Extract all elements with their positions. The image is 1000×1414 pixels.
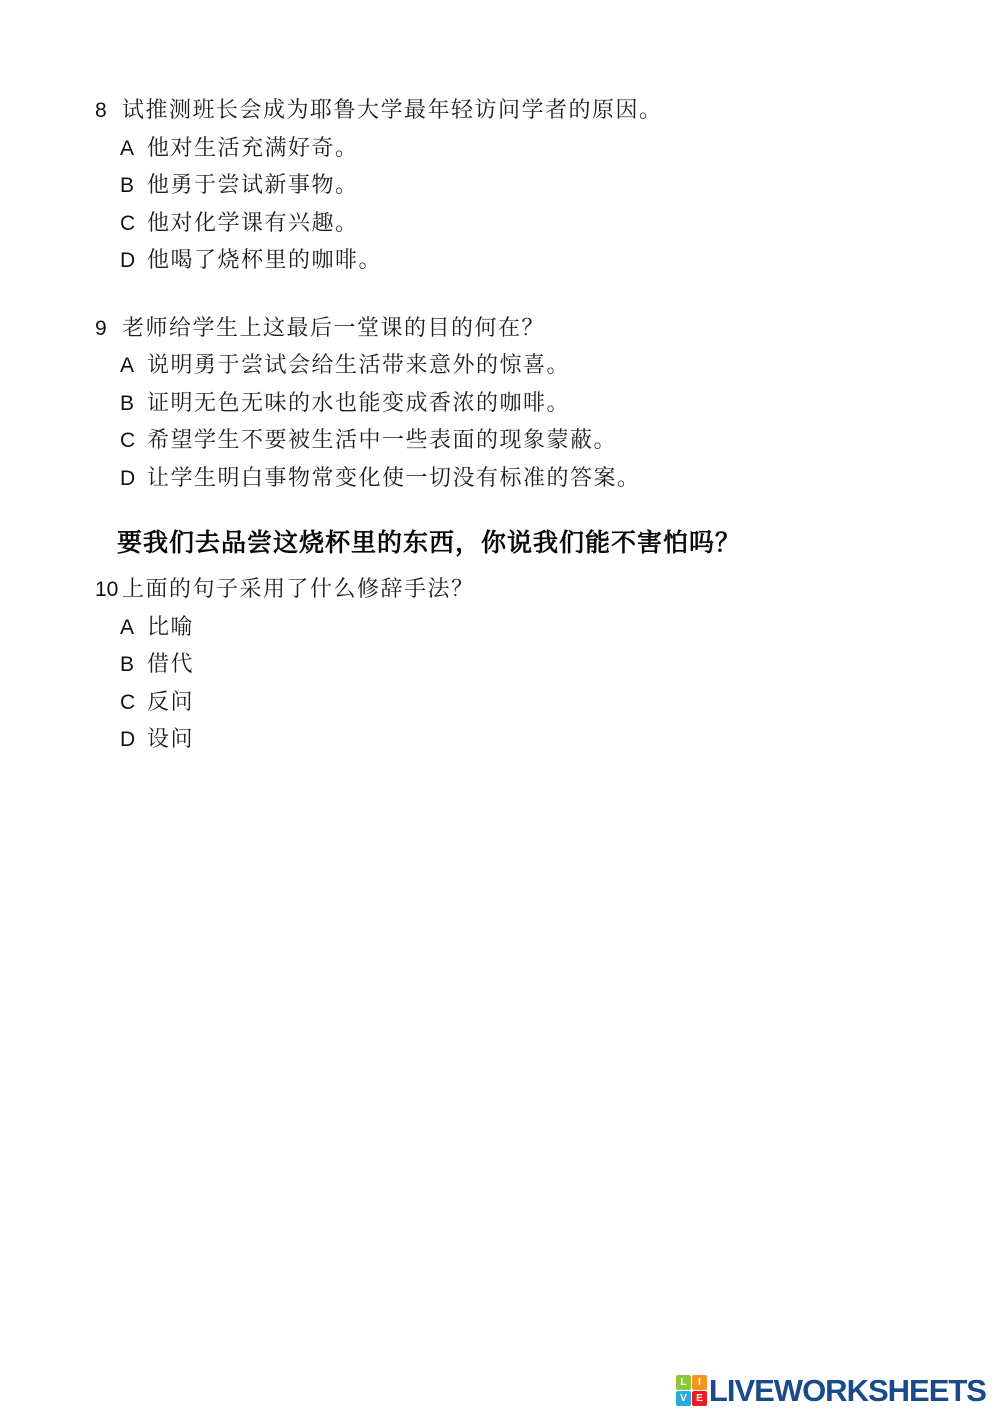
worksheet-page: 8 试推测班长会成为耶鲁大学最年轻访问学者的原因。 A 他对生活充满好奇。 B … [0, 0, 1000, 1414]
option-text: 他勇于尝试新事物。 [147, 167, 359, 204]
option-text: 设问 [147, 721, 194, 758]
option-letter: B [120, 168, 147, 205]
question-number: 8 [95, 93, 122, 130]
question-10-option-a[interactable]: A 比喻 [95, 609, 960, 647]
question-8-option-a[interactable]: A 他对生活充满好奇。 [95, 130, 960, 168]
option-text: 借代 [147, 646, 194, 683]
question-number: 10 [95, 572, 122, 609]
option-text: 希望学生不要被生活中一些表面的现象蒙蔽。 [147, 422, 617, 459]
option-letter: B [120, 386, 147, 423]
liveworksheets-logo[interactable]: L I V E LIVEWORKSHEETS [676, 1375, 986, 1406]
option-text: 证明无色无味的水也能变成香浓的咖啡。 [147, 385, 570, 422]
question-10-option-d[interactable]: D 设问 [95, 721, 960, 759]
option-letter: C [120, 685, 147, 722]
option-letter: D [120, 461, 147, 498]
question-8-stem: 8 试推测班长会成为耶鲁大学最年轻访问学者的原因。 [95, 92, 960, 130]
brand-wordmark: LIVEWORKSHEETS [709, 1375, 986, 1406]
question-number: 9 [95, 311, 122, 348]
option-letter: A [120, 131, 147, 168]
question-9-option-d[interactable]: D 让学生明白事物常变化使一切没有标准的答案。 [95, 460, 960, 498]
question-8-option-c[interactable]: C 他对化学课有兴趣。 [95, 205, 960, 243]
logo-cell-i: I [692, 1375, 707, 1390]
option-letter: B [120, 647, 147, 684]
question-8-option-d[interactable]: D 他喝了烧杯里的咖啡。 [95, 242, 960, 280]
option-text: 比喻 [147, 609, 194, 646]
option-text: 他对化学课有兴趣。 [147, 205, 359, 242]
question-section: 8 试推测班长会成为耶鲁大学最年轻访问学者的原因。 A 他对生活充满好奇。 B … [95, 92, 960, 759]
quoted-sentence: 要我们去品尝这烧杯里的东西，你说我们能不害怕吗？ [95, 525, 960, 563]
liveworksheets-logo-icon: L I V E [676, 1375, 707, 1406]
question-text: 上面的句子采用了什么修辞手法？ [122, 571, 475, 608]
option-letter: A [120, 610, 147, 647]
question-text: 老师给学生上这最后一堂课的目的何在？ [122, 310, 545, 347]
logo-cell-l: L [676, 1375, 691, 1390]
question-10: 10 上面的句子采用了什么修辞手法？ A 比喻 B 借代 C 反问 D 设问 [95, 571, 960, 759]
question-text: 试推测班长会成为耶鲁大学最年轻访问学者的原因。 [122, 92, 663, 129]
option-letter: C [120, 423, 147, 460]
question-9: 9 老师给学生上这最后一堂课的目的何在？ A 说明勇于尝试会给生活带来意外的惊喜… [95, 310, 960, 498]
question-9-option-b[interactable]: B 证明无色无味的水也能变成香浓的咖啡。 [95, 385, 960, 423]
option-text: 他对生活充满好奇。 [147, 130, 359, 167]
option-letter: A [120, 348, 147, 385]
question-9-stem: 9 老师给学生上这最后一堂课的目的何在？ [95, 310, 960, 348]
option-letter: C [120, 206, 147, 243]
option-text: 他喝了烧杯里的咖啡。 [147, 242, 382, 279]
question-10-option-b[interactable]: B 借代 [95, 646, 960, 684]
question-10-stem: 10 上面的句子采用了什么修辞手法？ [95, 571, 960, 609]
logo-cell-e: E [692, 1391, 707, 1406]
question-8: 8 试推测班长会成为耶鲁大学最年轻访问学者的原因。 A 他对生活充满好奇。 B … [95, 92, 960, 280]
option-text: 说明勇于尝试会给生活带来意外的惊喜。 [147, 347, 570, 384]
question-10-option-c[interactable]: C 反问 [95, 684, 960, 722]
question-9-option-a[interactable]: A 说明勇于尝试会给生活带来意外的惊喜。 [95, 347, 960, 385]
option-letter: D [120, 243, 147, 280]
question-8-option-b[interactable]: B 他勇于尝试新事物。 [95, 167, 960, 205]
question-9-option-c[interactable]: C 希望学生不要被生活中一些表面的现象蒙蔽。 [95, 422, 960, 460]
option-text: 让学生明白事物常变化使一切没有标准的答案。 [147, 460, 641, 497]
option-letter: D [120, 722, 147, 759]
logo-cell-v: V [676, 1391, 691, 1406]
option-text: 反问 [147, 684, 194, 721]
